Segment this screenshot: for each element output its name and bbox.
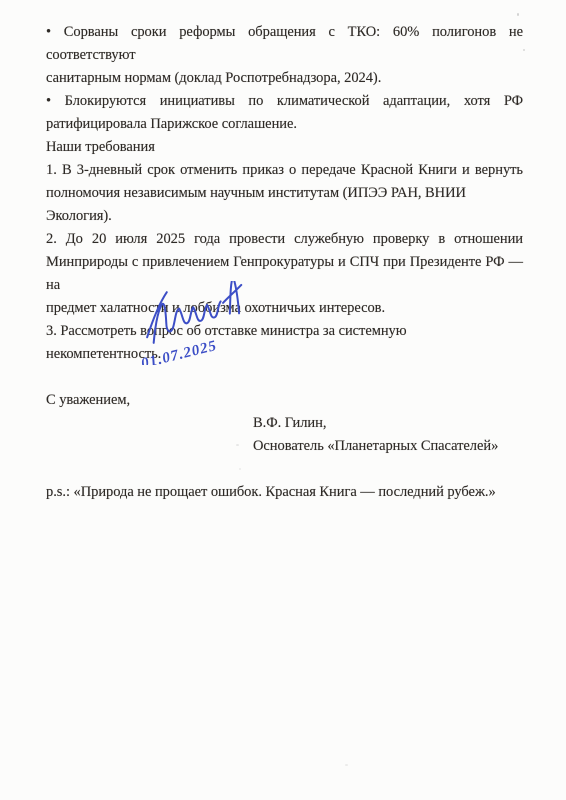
postscript-line: p.s.: «Природа не прощает ошибок. Красна… <box>46 481 523 504</box>
signer-title: Основатель «Планетарных Спасателей» <box>253 435 523 458</box>
scan-speck <box>239 468 241 470</box>
scan-speck <box>345 764 348 766</box>
demand-1-line-1: 1. В 3-дневный срок отменить приказ о пе… <box>46 159 523 182</box>
bullet-climate-line-1: • Блокируются инициативы по климатическо… <box>46 90 523 113</box>
letter-body: • Сорваны сроки реформы обращения с ТКО:… <box>0 0 566 504</box>
demand-2-line-1: 2. До 20 июля 2025 года провести служебн… <box>46 228 523 251</box>
bullet-climate-line-2: ратифицировала Парижское соглашение. <box>46 113 523 136</box>
blank-line <box>46 458 523 481</box>
signer-name: В.Ф. Гилин, <box>253 412 523 435</box>
scan-speck <box>523 49 525 51</box>
scanned-letter-page: • Сорваны сроки реформы обращения с ТКО:… <box>0 0 566 800</box>
bullet-tko-line-1: • Сорваны сроки реформы обращения с ТКО:… <box>46 21 523 67</box>
bullet-tko-line-2: санитарным нормам (доклад Роспотребнадзо… <box>46 67 523 90</box>
demand-1-line-2: полномочия независимым научным института… <box>46 182 523 228</box>
demands-heading: Наши требования <box>46 136 523 159</box>
closing-salutation: С уважением, <box>46 389 523 412</box>
scan-speck <box>236 444 239 446</box>
demand-2-line-2: Минприроды с привлечением Генпрокуратуры… <box>46 251 523 297</box>
scan-speck <box>517 13 519 16</box>
blank-line <box>46 366 523 389</box>
demand-2-line-3: предмет халатности и лоббизма охотничьих… <box>46 297 523 320</box>
signer-block: В.Ф. Гилин, Основатель «Планетарных Спас… <box>46 412 523 458</box>
demand-3-line: 3. Рассмотреть вопрос об отставке минист… <box>46 320 523 366</box>
